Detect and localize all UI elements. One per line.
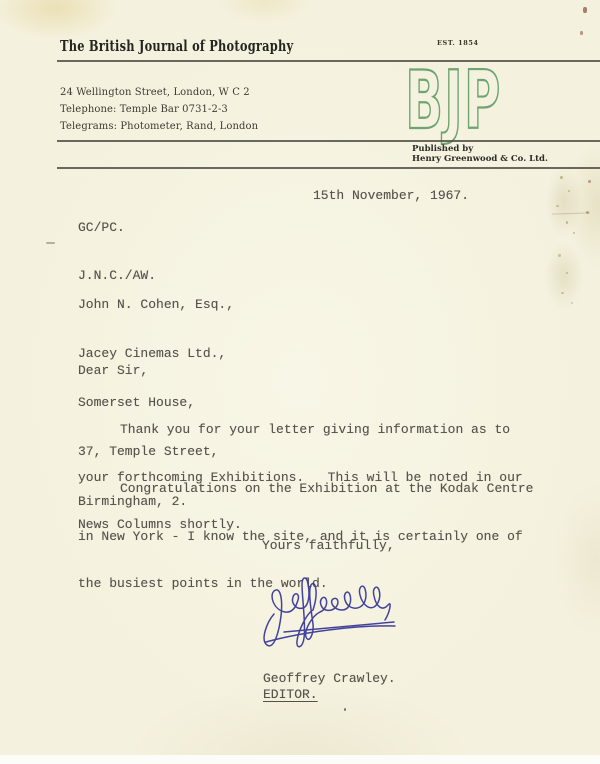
paragraph-line: Congratulations on the Exhibition at the…: [78, 481, 533, 497]
reference-line-1: GC/PC.: [78, 220, 156, 236]
stain-speck: [566, 221, 568, 224]
letterhead-telegrams-line: Telegrams: Photometer, Rand, London: [60, 118, 258, 135]
recipient-company-line: Jacey Cinemas Ltd.,: [78, 346, 234, 362]
paper-stain: [544, 242, 584, 310]
signatory-title: EDITOR.: [263, 687, 318, 703]
letterhead-title: The British Journal of Photography: [60, 37, 293, 55]
stain-speck: [556, 205, 559, 207]
letterhead-address-line: 24 Wellington Street, London, W C 2: [60, 84, 258, 101]
stain-speck: [344, 708, 346, 711]
salutation: Dear Sir,: [78, 363, 148, 379]
bjp-logo: BJP: [404, 66, 499, 132]
letterhead-rule-middle: [57, 140, 600, 142]
established-label: EST. 1854: [437, 39, 479, 47]
scan-edge: [0, 755, 600, 764]
publisher-credit: Published by Henry Greenwood & Co. Ltd.: [412, 144, 548, 164]
stain-speck: [573, 232, 575, 234]
letterhead-telephone-line: Telephone: Temple Bar 0731-2-3: [60, 101, 258, 118]
signatory-name: Geoffrey Crawley.: [263, 671, 396, 687]
recipient-name-line: John N. Cohen, Esq.,: [78, 297, 234, 313]
letterhead-rule-bottom: [57, 167, 600, 169]
handwritten-signature: [252, 570, 402, 662]
scanned-letter-page: The British Journal of Photography EST. …: [0, 0, 600, 764]
letter-date: 15th November, 1967.: [313, 188, 469, 204]
letterhead-address: 24 Wellington Street, London, W C 2 Tele…: [60, 84, 258, 135]
stain-speck: [560, 176, 563, 179]
publisher-line: Published by: [412, 144, 548, 154]
paragraph-line: Thank you for your letter giving informa…: [78, 422, 523, 438]
stain-speck: [568, 190, 570, 192]
stain-speck: [583, 7, 587, 13]
stain-speck: [571, 302, 573, 304]
stain-speck: [46, 242, 55, 244]
closing-valediction: Yours faithfully,: [262, 538, 395, 554]
bjp-logo-letters: BJP: [405, 53, 501, 147]
stain-speck: [566, 272, 568, 274]
stain-speck: [580, 31, 583, 35]
stain-speck: [588, 180, 591, 183]
paper-stain: [546, 166, 582, 238]
publisher-name: Henry Greenwood & Co. Ltd.: [412, 154, 548, 164]
stain-speck: [558, 254, 561, 257]
letterhead-rule-top: [57, 60, 600, 62]
stain-speck: [561, 292, 564, 294]
